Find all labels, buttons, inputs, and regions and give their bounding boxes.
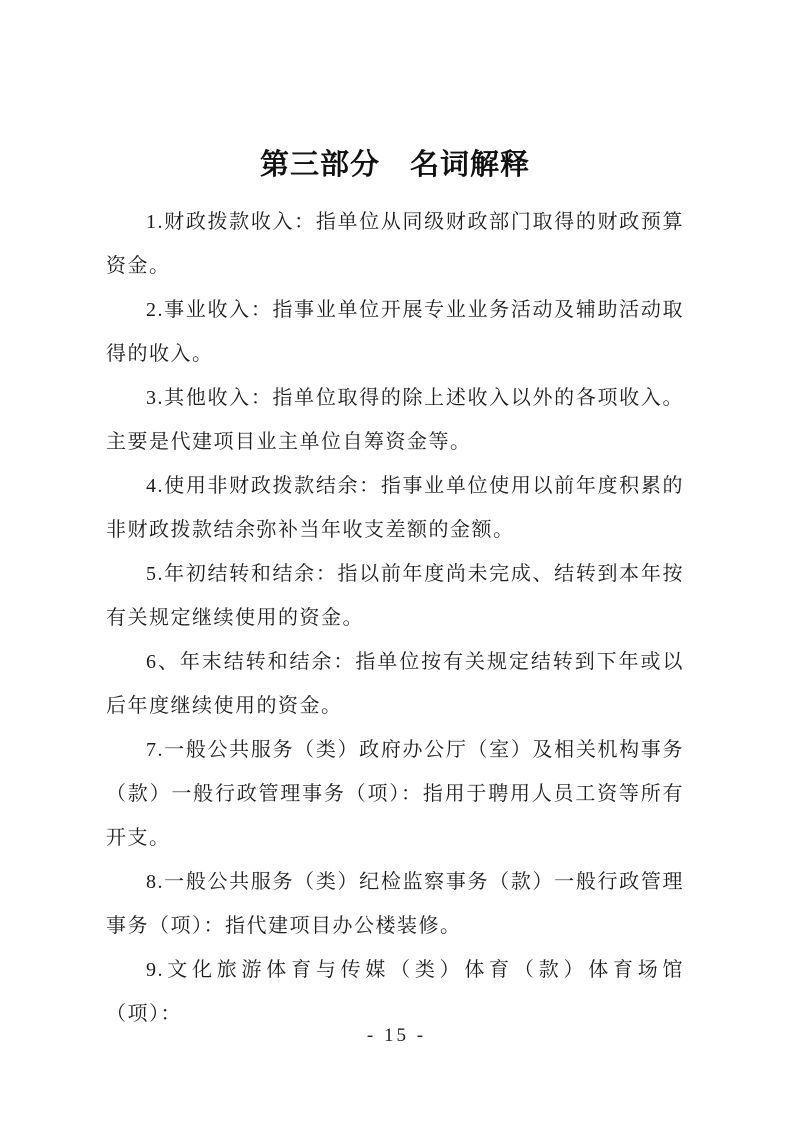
paragraph: 4.使用非财政拨款结余：指事业单位使用以前年度积累的非财政拨款结余弥补当年收支差… [106, 464, 684, 552]
paragraph: 1.财政拨款收入：指单位从同级财政部门取得的财政预算资金。 [106, 200, 684, 288]
paragraph: 5.年初结转和结余：指以前年度尚未完成、结转到本年按有关规定继续使用的资金。 [106, 552, 684, 640]
document-content: 第三部分 名词解释 1.财政拨款收入：指单位从同级财政部门取得的财政预算资金。2… [106, 144, 684, 1036]
paragraph: 6、年末结转和结余：指单位按有关规定结转到下年或以后年度继续使用的资金。 [106, 640, 684, 728]
paragraph: 2.事业收入：指事业单位开展专业业务活动及辅助活动取得的收入。 [106, 288, 684, 376]
paragraph: 3.其他收入：指单位取得的除上述收入以外的各项收入。主要是代建项目业主单位自筹资… [106, 376, 684, 464]
paragraph-list: 1.财政拨款收入：指单位从同级财政部门取得的财政预算资金。2.事业收入：指事业单… [106, 200, 684, 1036]
document-page: 第三部分 名词解释 1.财政拨款收入：指单位从同级财政部门取得的财政预算资金。2… [0, 0, 793, 1122]
paragraph: 8.一般公共服务（类）纪检监察事务（款）一般行政管理事务（项）：指代建项目办公楼… [106, 860, 684, 948]
page-number: - 15 - [0, 1022, 793, 1050]
section-title: 第三部分 名词解释 [106, 144, 684, 186]
paragraph: 7.一般公共服务（类）政府办公厅（室）及相关机构事务（款）一般行政管理事务（项）… [106, 728, 684, 860]
